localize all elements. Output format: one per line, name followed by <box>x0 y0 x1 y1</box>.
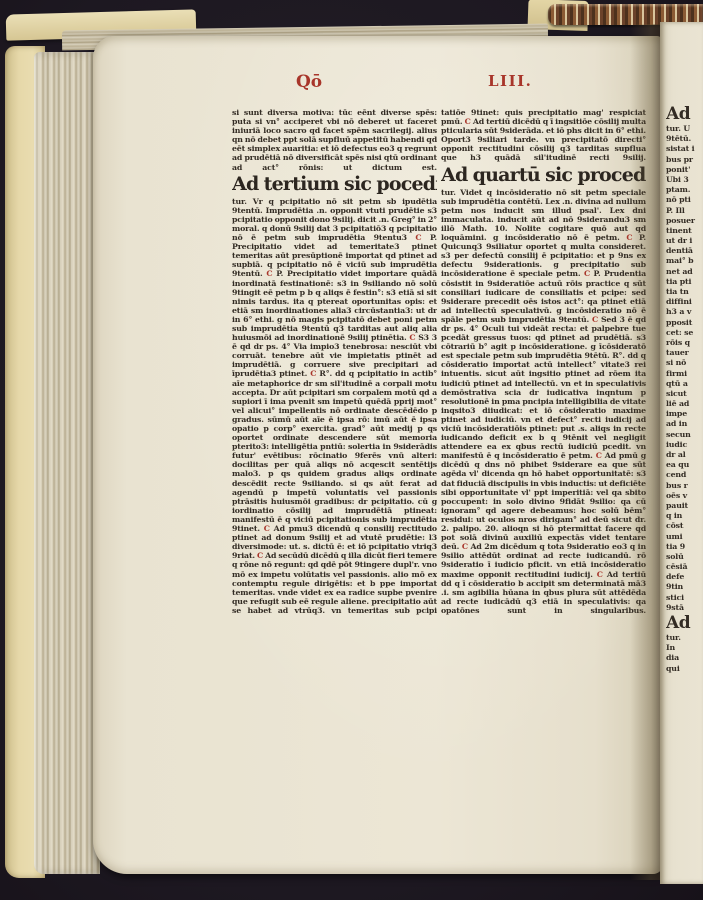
rubric-mark: C <box>584 269 594 278</box>
next-page-line: defe <box>666 572 703 582</box>
next-page-line: solū <box>666 552 703 562</box>
next-page-line: sistat i <box>666 144 703 154</box>
next-page-text: Adtur. U9tētū.sistat ibus prponit'Ubi 3p… <box>666 104 703 714</box>
rubric-heading: Ad tertium sic pocedi <box>232 173 437 196</box>
next-page-line: si nō <box>666 358 703 368</box>
rubric-mark: C <box>596 451 605 460</box>
text-column-right: tatiōe 9tinet: quis precipitatio mag' re… <box>441 108 646 706</box>
rubric-mark: C <box>257 551 265 560</box>
next-page-line: rōis q <box>666 338 703 348</box>
next-page-line: liē ad <box>666 399 703 409</box>
body-text: tur. Vr q pcipitatio nō sit petm sb ipud… <box>232 197 437 242</box>
body-paragraph: tur. Videt q incōsideratio nō sit petm s… <box>441 188 646 615</box>
next-page-line: diffini <box>666 297 703 307</box>
next-page-line: ut dr i <box>666 236 703 246</box>
next-page-line: dia <box>666 653 703 663</box>
body-text: si sunt diversa motiva: tūc eēnt diverse… <box>232 108 437 172</box>
rubric-mark: C <box>597 570 607 579</box>
next-page-line: tia 9 <box>666 542 703 552</box>
next-page-line: posuer <box>666 216 703 226</box>
rubric-mark: C <box>592 315 601 324</box>
next-page-line: qui <box>666 664 703 674</box>
next-page-line: h3 a v <box>666 307 703 317</box>
rubric-mark: C <box>409 333 418 342</box>
body-text: Ad pmū g dicēdū q dns nō phibet 9siderar… <box>441 451 646 551</box>
next-page-line: ptam. <box>666 185 703 195</box>
body-text: P. Precipitatio videt importare quādā in… <box>232 269 437 342</box>
body-text: R°. dd q pcipitatio in actib° aīe metaph… <box>232 369 437 533</box>
next-page-line: tur. <box>666 633 703 643</box>
next-page-line: cend <box>666 470 703 480</box>
next-page-rubric-heading: Ad <box>666 613 703 633</box>
next-page-line: 9stā <box>666 603 703 613</box>
next-page-line: net ad <box>666 267 703 277</box>
next-page-line: tauer <box>666 348 703 358</box>
next-page-line: 9tin <box>666 582 703 592</box>
next-page-line: nō pti <box>666 195 703 205</box>
body-paragraph: si sunt diversa motiva: tūc eēnt diverse… <box>232 108 437 172</box>
next-page-line: ponit' <box>666 165 703 175</box>
body-paragraph: tatiōe 9tinet: quis precipitatio mag' re… <box>441 108 646 162</box>
rubric-mark: C <box>266 269 276 278</box>
next-page-line: tinent <box>666 226 703 236</box>
rubric-mark: C <box>465 117 473 126</box>
next-page-line: oēs v <box>666 491 703 501</box>
body-paragraph: tur. Vr q pcipitatio nō sit petm sb ipud… <box>232 197 437 615</box>
next-page-line: ea qu <box>666 460 703 470</box>
next-page-line: dr al <box>666 450 703 460</box>
rubric-mark: C <box>415 233 430 242</box>
rubric-heading: Ad quartū sic procedi <box>441 164 646 187</box>
next-page-rubric-heading: Ad <box>666 104 703 124</box>
next-page-line: bus pr <box>666 155 703 165</box>
next-page-line: firmi <box>666 369 703 379</box>
next-page-line: impe <box>666 409 703 419</box>
next-page-line: bus r <box>666 481 703 491</box>
next-page-line: P. Ill <box>666 206 703 216</box>
next-page-line: In <box>666 643 703 653</box>
next-page-line: cēsiā <box>666 562 703 572</box>
next-page-line: 9tētū. <box>666 134 703 144</box>
body-text: tur. Videt q incōsideratio nō sit petm s… <box>441 188 646 242</box>
next-page-line: pauit <box>666 501 703 511</box>
next-page-line: dentiā <box>666 246 703 256</box>
next-page-line: sicut <box>666 389 703 399</box>
next-page-line: Ubi 3 <box>666 175 703 185</box>
body-text: Ad secūdū dicēdū q illa dicūt fieri teme… <box>232 551 437 615</box>
next-page-line: cōst <box>666 521 703 531</box>
next-page-line: stici <box>666 593 703 603</box>
next-page-line: qtū a <box>666 379 703 389</box>
page-fore-edges <box>34 52 100 874</box>
page-header-quire-mark: Qō <box>296 72 322 94</box>
next-page-line: ad in <box>666 419 703 429</box>
next-page-line: umi <box>666 532 703 542</box>
next-page-line: mai° b <box>666 256 703 266</box>
rubric-mark: C <box>264 524 274 533</box>
next-page-line: tia pti <box>666 277 703 287</box>
page-header-folio-number: LIII. <box>488 72 532 94</box>
text-column-left: si sunt diversa motiva: tūc eēnt diverse… <box>232 108 437 706</box>
next-page-line: secun <box>666 430 703 440</box>
next-page-line: cet: se <box>666 328 703 338</box>
next-page-line: tia tn <box>666 287 703 297</box>
next-page-line: tur. U <box>666 124 703 134</box>
next-page-line: pposit <box>666 318 703 328</box>
next-page-line: iudic <box>666 440 703 450</box>
body-text: Sed 3 ē qd dr ps. 4° Oculi tui videāt re… <box>441 315 646 460</box>
next-page-line: q in <box>666 511 703 521</box>
